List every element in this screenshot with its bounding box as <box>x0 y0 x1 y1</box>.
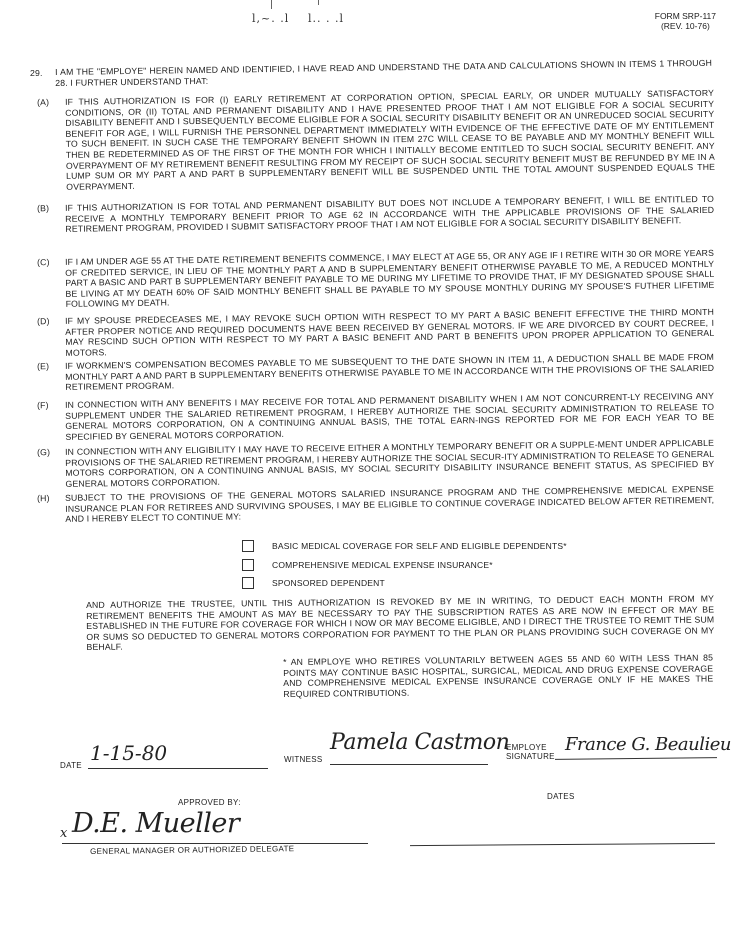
dates-label: DATES <box>547 792 575 801</box>
approved-by-label: APPROVED BY: <box>178 798 241 807</box>
checkbox[interactable] <box>242 540 254 552</box>
date-line <box>88 768 268 769</box>
approver-x-mark: x <box>60 826 67 841</box>
approver-signature-line <box>62 843 368 844</box>
item-intro: I AM THE "EMPLOYE" HEREIN NAMED AND IDEN… <box>55 58 712 88</box>
trustee-authorization: AND AUTHORIZE THE TRUSTEE, UNTIL THIS AU… <box>86 593 715 653</box>
employe-signature-line <box>555 757 717 760</box>
top-mark <box>318 0 319 5</box>
form-revision: (REV. 10-76) <box>655 22 716 32</box>
approver-signature[interactable]: D.E. Mueller <box>72 808 239 839</box>
checkbox[interactable] <box>242 577 254 589</box>
approval-date-line <box>410 843 715 846</box>
checkbox[interactable] <box>242 559 254 571</box>
employe-signature-label: EMPLOYE SIGNATURE <box>506 743 555 761</box>
item-number: 29. <box>30 68 43 79</box>
clause-g: (G) IN CONNECTION WITH ANY ELIGIBILITY I… <box>55 438 715 490</box>
witness-line <box>330 764 488 765</box>
date-label: DATE <box>60 761 82 770</box>
top-mark <box>271 0 272 9</box>
clause-f: (F) IN CONNECTION WITH ANY BENEFITS I MA… <box>55 391 715 443</box>
form-number-block: FORM SRP-117 (REV. 10-76) <box>655 12 716 31</box>
coverage-option-sponsored-dependent[interactable]: SPONSORED DEPENDENT <box>242 577 385 589</box>
top-scribble: l.. . .l <box>308 12 344 25</box>
witness-label: WITNESS <box>284 755 323 764</box>
witness-signature[interactable]: Pamela Castmon <box>330 730 509 755</box>
clause-e: (E) IF WORKMEN'S COMPENSATION BECOMES PA… <box>55 352 714 393</box>
employe-signature[interactable]: France G. Beaulieu <box>565 734 731 755</box>
clause-b: (B) IF THIS AUTHORIZATION IS FOR TOTAL A… <box>55 194 714 235</box>
clause-d: (D) IF MY SPOUSE PREDECEASES ME, I MAY R… <box>55 307 715 359</box>
top-scribble: l,~. .l <box>252 12 289 25</box>
coverage-option-comprehensive[interactable]: COMPREHENSIVE MEDICAL EXPENSE INSURANCE* <box>242 559 493 571</box>
coverage-option-basic-medical[interactable]: BASIC MEDICAL COVERAGE FOR SELF AND ELIG… <box>242 540 567 552</box>
clause-a: (A) IF THIS AUTHORIZATION IS FOR (i) EAR… <box>55 88 715 193</box>
approver-caption: GENERAL MANAGER OR AUTHORIZED DELEGATE <box>90 844 294 856</box>
date-value[interactable]: 1-15-80 <box>90 741 167 765</box>
clause-h: (H) SUBJECT TO THE PROVISIONS OF THE GEN… <box>55 484 714 525</box>
clause-c: (C) IF I AM UNDER AGE 55 AT THE DATE RET… <box>55 248 715 310</box>
footnote: * AN EMPLOYE WHO RETIRES VOLUNTARILY BET… <box>283 652 713 699</box>
